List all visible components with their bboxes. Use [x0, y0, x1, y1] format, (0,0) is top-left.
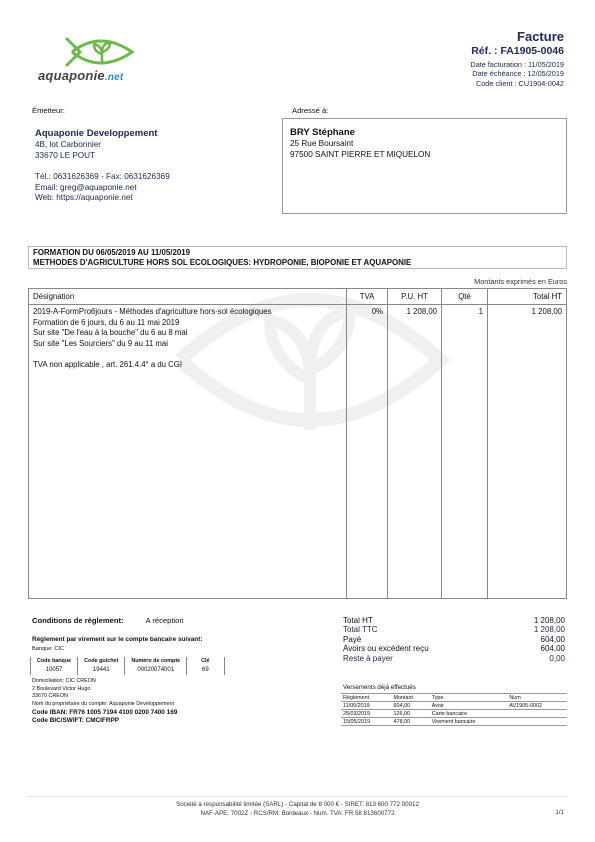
table-row: 15/05/2019478,00Virement bancaire — [341, 718, 567, 726]
destinataire-box: BRY Stéphane 25 Rue Boursaint 97500 SAIN… — [282, 118, 567, 214]
subject-line1: FORMATION DU 06/05/2019 AU 11/05/2019 — [33, 248, 562, 258]
conditions-value: A réception — [146, 616, 184, 625]
items-table: Désignation TVA P.U. HT Qté Total HT 201… — [28, 288, 567, 599]
emetteur-address2: 33670 LE POUT — [35, 151, 278, 162]
iban-bic: Code IBAN: FR76 1005 7194 4100 0200 7400… — [32, 709, 177, 725]
col-tva: TVA — [347, 289, 388, 305]
footer: Société à responsabilité limitée (SARL) … — [28, 801, 567, 818]
bic: Code BIC/SWIFT: CMCIFRPP — [32, 717, 177, 725]
subject-line2: METHODES D'AGRICULTURE HORS SOL ECOLOGIQ… — [33, 258, 562, 268]
paye: 604,00 — [541, 635, 565, 644]
total-ht: 1 208,00 — [534, 616, 565, 625]
col-designation: Désignation — [29, 289, 347, 305]
domiciliation: Domiciliation: CIC CREON 2 Boulevard Vic… — [32, 678, 174, 708]
virement-title: Règlement par virement sur le compte ban… — [32, 636, 202, 643]
date-echeance: Date échéance : 12/05/2019 — [470, 69, 564, 78]
totals-block: Total HT1 208,00 Total TTC1 208,00 Payé6… — [343, 616, 565, 663]
versements-table: RèglementMontantTypeNum 11/05/2019604,00… — [341, 693, 567, 726]
iban: Code IBAN: FR76 1005 7194 4100 0200 7400… — [32, 709, 177, 717]
reste-a-payer: 0,00 — [549, 654, 565, 663]
emetteur-tel: Tél.: 0631626369 - Fax: 0631626369 — [35, 172, 278, 183]
currency-note: Montants exprimés en Euros — [474, 277, 567, 286]
invoice-ref: Réf. : FA1905-0046 — [470, 45, 564, 57]
emetteur-name: Aquaponie Developpement — [35, 118, 278, 139]
date-facturation: Date facturation : 11/05/2019 — [470, 60, 564, 69]
item-designation: 2019-A-FormPro6jours - Méthodes d'agricu… — [29, 305, 347, 599]
item-total-ht: 1 208,00 — [488, 305, 567, 599]
table-row: 25/03/2019126,00Carte bancaire — [341, 710, 567, 718]
page-number: 1/1 — [555, 809, 564, 816]
invoice-header: Facture Réf. : FA1905-0046 Date facturat… — [470, 29, 564, 88]
item-pu-ht: 1 208,00 — [388, 305, 442, 599]
emetteur-web: Web: https://aquaponie.net — [35, 193, 278, 204]
emetteur-address1: 4B, lot Carbonnier — [35, 140, 278, 151]
avoirs: 604,00 — [541, 644, 565, 653]
col-pu-ht: P.U. HT — [388, 289, 442, 305]
footer-divider — [28, 796, 567, 797]
destinataire-name: BRY Stéphane — [290, 127, 566, 138]
invoice-subject: FORMATION DU 06/05/2019 AU 11/05/2019 ME… — [28, 246, 567, 269]
destinataire-address1: 25 Rue Boursaint — [290, 139, 566, 150]
col-qte: Qté — [442, 289, 488, 305]
code-client: Code client : CU1904-0042 — [470, 79, 564, 88]
emetteur-box: Aquaponie Developpement 4B, lot Carbonni… — [28, 118, 278, 214]
item-qte: 1 — [442, 305, 488, 599]
table-row: 11/05/2019604,00AvoirAV1905-0002 — [341, 702, 567, 710]
destinataire-address2: 97500 SAINT PIERRE ET MIQUELON — [290, 150, 566, 161]
bank-name: Banque: CIC — [32, 646, 64, 652]
emetteur-label: Émetteur: — [32, 106, 65, 115]
destinataire-label: Adressé à: — [292, 106, 328, 115]
invoice-title: Facture — [470, 29, 564, 44]
table-row: 2019-A-FormPro6jours - Méthodes d'agricu… — [29, 305, 567, 599]
col-total-ht: Total HT — [488, 289, 567, 305]
total-ttc: 1 208,00 — [534, 625, 565, 634]
payment-conditions: Conditions de règlement:A réception — [32, 616, 184, 625]
versements-title: Versements déjà effectués — [343, 684, 416, 691]
item-tva: 0% — [347, 305, 388, 599]
logo-text: aquaponie.net — [38, 68, 123, 83]
bank-details: Code banque10057 Code guichet19441 Numér… — [30, 657, 225, 675]
emetteur-email: Email: greg@aquaponie.net — [35, 183, 278, 194]
conditions-label: Conditions de règlement: — [32, 616, 124, 625]
